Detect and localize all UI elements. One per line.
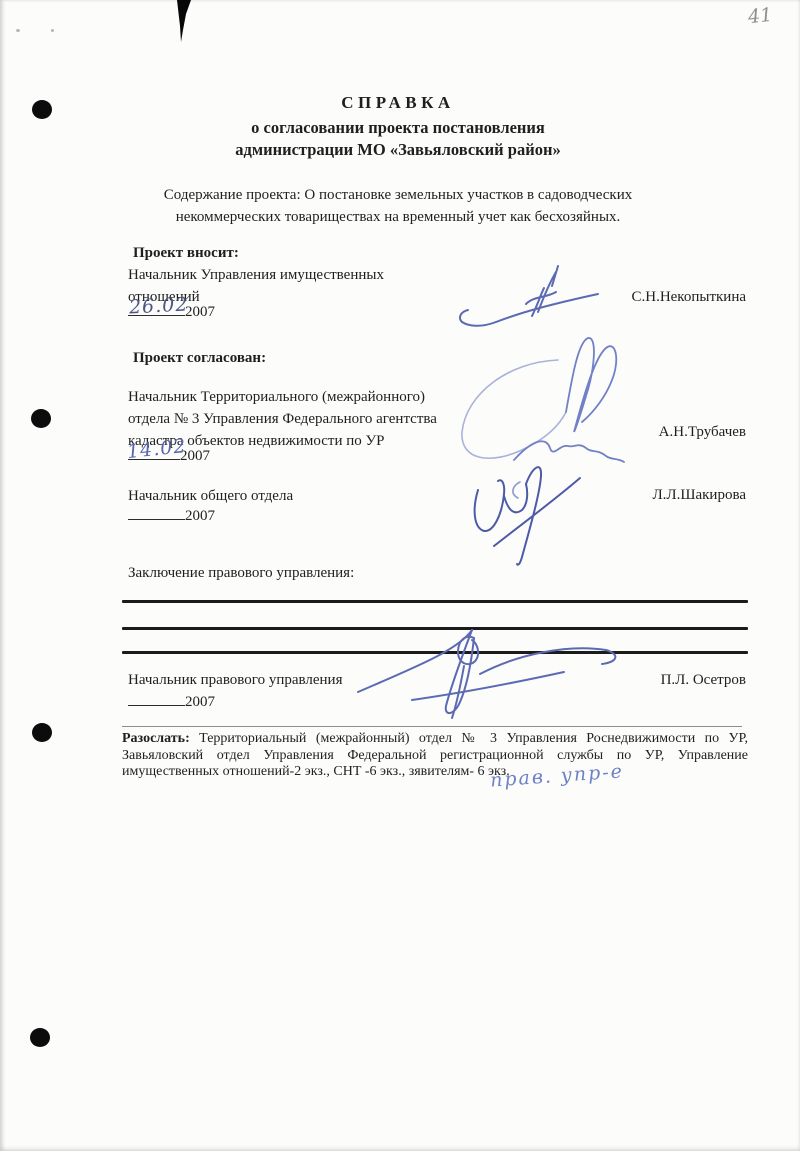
submits-label: Проект вносит:: [133, 242, 239, 264]
document-title: СПРАВКА: [52, 93, 744, 113]
separator-line: [122, 726, 742, 727]
handwritten-date: 26.02: [128, 293, 188, 318]
distribute-text: Территориальный (межрайонный) отдел № 3 …: [122, 731, 748, 779]
date-blank-line: [128, 690, 185, 706]
agreed-label: Проект согласован:: [133, 347, 266, 369]
kadastr-name: А.Н.Трубачев: [560, 424, 746, 441]
submitter-name: С.Н.Некопыткина: [560, 289, 746, 306]
legal-dept-role: Начальник правового управления: [128, 669, 342, 691]
legal-opinion-label: Заключение правового управления:: [128, 562, 354, 584]
scan-speck: [51, 29, 54, 32]
ruled-line: [122, 600, 748, 603]
hole-punch-dot: [30, 1028, 50, 1047]
year-label: 2007: [185, 508, 215, 524]
signature-shakirova-ink: [466, 452, 584, 567]
hole-punch-dot: [32, 723, 52, 742]
year-label: 2007: [185, 694, 215, 710]
summary-line: Содержание проекта: О постановке земельн…: [108, 184, 688, 206]
year-label: 2007: [185, 304, 215, 320]
role-line: отдела № 3 Управления Федерального агент…: [128, 408, 437, 430]
legal-dept-name: П.Л. Осетров: [560, 672, 746, 689]
distribute-label: Разослать:: [122, 731, 190, 746]
role-line: Начальник Территориального (межрайонного…: [128, 386, 437, 408]
signature-osetrov-ink: [348, 604, 633, 722]
hole-punch-dot: [32, 100, 52, 119]
page-number: 41: [747, 4, 773, 28]
document-page: 41 СПРАВКА о согласовании проекта постан…: [0, 0, 800, 1151]
document-subtitle-1: о согласовании проекта постановления: [52, 118, 744, 138]
date-blank-line: [128, 504, 185, 520]
project-summary: Содержание проекта: О постановке земельн…: [108, 184, 688, 228]
scan-speck: [16, 29, 20, 32]
legal-dept-date-row: 2007: [128, 690, 215, 711]
summary-line: некоммерческих товариществах на временны…: [108, 206, 688, 228]
document-subtitle-2: администрации МО «Завьяловский район»: [52, 140, 744, 160]
general-dept-date-row: 2007: [128, 504, 215, 525]
distribution-paragraph: Разослать: Территориальный (межрайонный)…: [122, 731, 748, 781]
role-line: Начальник Управления имущественных: [128, 264, 384, 286]
hole-punch-dot: [31, 409, 51, 428]
torn-paper-mark: [170, 0, 200, 44]
general-dept-name: Л.Л.Шакирова: [560, 487, 746, 504]
